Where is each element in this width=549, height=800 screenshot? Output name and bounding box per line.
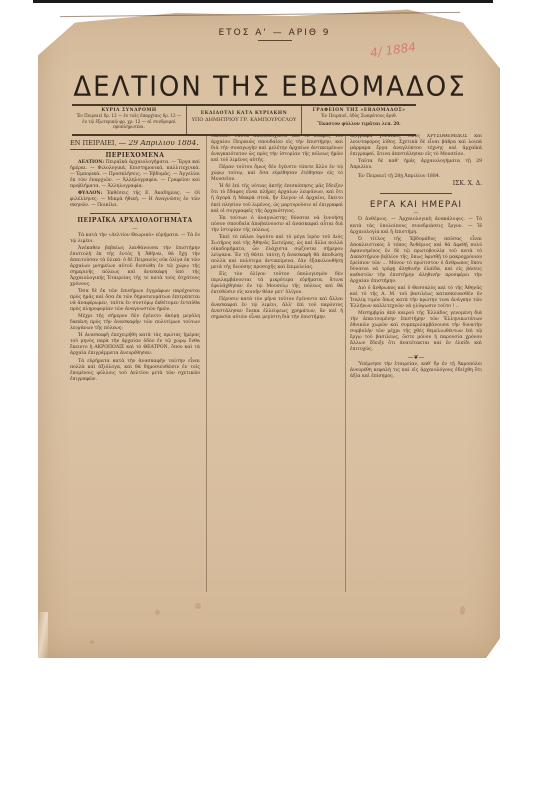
stain (155, 610, 160, 615)
contents-fyllon: ΦΥΛΛΟΝ: Ἐκθέσεις τῆς Ε. Ἀκαδημίας. — Οἱ … (70, 191, 200, 209)
masthead-title: ΔΕΛΤΙΟΝ ΤΗΣ ΕΒΔΟΜΑΔΟΣ (60, 71, 480, 103)
article-title-archaeology: ΠΕΙΡΑΪΚΑ ΑΡΧΑΙΟΛΟΓΗΜΑΤΑ (70, 218, 200, 224)
scan-top-edge (33, 0, 493, 3)
paragraph: Ὅσα δὲ ἐκ τῶν ἐπισήμων ἐγγράφων παρέχοντ… (70, 289, 200, 313)
paragraph: Πέραν τούτου ὅμως δὲν ἐγένετο τίποτε ἄλλ… (211, 165, 343, 183)
subscription-text: Ἐν Πειραιεῖ δρ. 12 — ἐν ταῖς ἐπαρχίαις δ… (76, 113, 182, 129)
publisher-name: ΥΠΟ ΔΗΜΗΤΡΙΟΥ ΓΡ. ΚΑΜΠΟΥΡΟΓΛΟΥ (191, 118, 297, 123)
paragraph: Τὰ εὑρήματα κατὰ τὴν ἀνασκαφὴν ταύτην εἶ… (70, 359, 200, 383)
title-dash: — (350, 210, 482, 216)
paragraph: Ὁ τίτλος τῆς Ἑβδομάδος παῦσας εἶναι ἀποκ… (350, 237, 482, 285)
paragraph: Μεσημβρία ἀπὸ καιροῦ τῆς Ἑλλάδος γενομέν… (350, 311, 482, 353)
contents-deltion: ΔΕΛΤΙΟΝ: Πειραϊκὰ ἀρχαιολογήματα. — Ἔργα… (70, 160, 200, 190)
paragraph: Ἀνέκαθεν βεβαίως λανθάνουσα τὴν ἐπιστήμη… (70, 246, 200, 288)
publisher-heading: ΕΚΔΙΔΟΤΑΙ ΚΑΤΑ ΚΥΡΙΑΚΗΝ (191, 111, 297, 116)
paragraph: ἀξίγραφα γυναικὸς τινος ΧΡΥΣΟΘΕΜΙΔΟΣ καὶ… (350, 134, 482, 158)
column-3: ἀξίγραφα γυναικὸς τινος ΧΡΥΣΟΘΕΜΙΔΟΣ καὶ… (345, 134, 482, 592)
column-2: σκευῶν. Ταῦτα ἀποδεδείχασιν καὶ τὸ ἔδαφο… (206, 134, 343, 592)
office-box: ΓΡΑΦΕΙΟΝ ΤΗΣ «ΕΒΔΟΜΑΔΟΣ» Ἐν Πειραιεῖ, ὁδ… (301, 106, 416, 134)
dateline-place: ΕΝ ΠΕΙΡΑΙΕΙ, (70, 140, 117, 147)
article-lede: Ὁ ἀνθέμιος. — Ἀρχαιολογικὴ ἀνακάλυψις. —… (350, 217, 482, 235)
paragraph: Εἰς τὸν ὁλίγον τοῦτον ὑπολογισμὸν δὲν πε… (211, 272, 343, 296)
stain (90, 640, 94, 644)
paragraph: Ἡ δὲ ἐπὶ τῆς νότιας ἀκτῆς ἐπισκόπησις μᾶ… (211, 184, 343, 214)
paragraph: Ἐκ τούτων ὁ ἀναγνώστης δύναται νὰ ἐννοήσ… (211, 216, 343, 234)
subscription-box: ΚΥΡΙΑ ΣΥΝΔΡΟΜΗ Ἐν Πειραιεῖ δρ. 12 — ἐν τ… (72, 106, 186, 134)
paragraph: Ταῦτα δὲ καθ' ἡμᾶς ἀρχαιολογήματα τῇ 29 … (350, 159, 482, 171)
issue-price: Ἕκαστον φύλλον τιμᾶται λεπ. 20. (306, 121, 412, 126)
title-dash: — (70, 226, 200, 232)
stain (195, 603, 201, 609)
article-title-works-and-days: ΕΡΓΑ ΚΑΙ ΗΜΕΡΑΙ (350, 202, 482, 208)
dateline-date: — 29 Ἀπριλίου 1884. (119, 140, 199, 147)
divider (90, 213, 180, 214)
article-lede: Τὰ κατὰ τὴν «Δελτίον Θεωρικὸ» εὑρήματα. … (70, 233, 200, 245)
dateline: ΕΝ ΠΕΙΡΑΙΕΙ, — 29 Ἀπριλίου 1884. (70, 140, 200, 146)
paragraph: Μέχρι τῆς σήμερον δὲν ἐγένετο ἀκόμη μεγά… (70, 314, 200, 332)
paragraph: Ἐκεῖ τὸ πάλαι ὑψοῦτο καὶ τὸ μέγα ἱερὸν τ… (211, 235, 343, 271)
signoff-initials: ΙΣΚ. Χ. Δ. (350, 181, 482, 187)
contents-title: ΠΕΡΙΕΧΟΜΕΝΑ (70, 153, 200, 159)
office-address: Ἐν Πειραιεῖ, ὁδὸς Σωκράτους ἀριθ. (306, 113, 412, 118)
divider (380, 193, 452, 194)
issue-number: ΕΤΟΣ Α' — ΑΡΙΘ 9 (0, 28, 549, 38)
issue-underline (258, 40, 292, 41)
paragraph: Ὑπέμνησε τὴν ἑταιρείαν, καθ' ἣν ἐν τῇ Ἀκ… (350, 362, 482, 380)
ornament: —❦— (350, 355, 482, 361)
paper-crease (38, 612, 48, 658)
paragraph: Πέρυσιν κατὰ τὸν μῆνα τοῦτον ἐγένοντο κα… (211, 297, 343, 321)
divider (70, 149, 200, 150)
stain (460, 606, 465, 615)
paragraph: σκευῶν. Ταῦτα ἀποδεδείχασιν καὶ τὸ ἔδαφο… (211, 134, 343, 164)
column-1: ΕΝ ΠΕΙΡΑΙΕΙ, — 29 Ἀπριλίου 1884. ΠΕΡΙΕΧΟ… (70, 140, 200, 592)
paragraph: Διὸ ὁ ἄνθρωπος καὶ ὁ Θεσσαλὸς καὶ τὸ τῆς… (350, 286, 482, 310)
publisher-box: ΕΚΔΙΔΟΤΑΙ ΚΑΤΑ ΚΥΡΙΑΚΗΝ ΥΠΟ ΔΗΜΗΤΡΙΟΥ ΓΡ… (186, 106, 301, 134)
paragraph: Ἡ ἀνασκαφὴ ἐπεχειρήθη κατὰ τὰς πρώτας ἡμ… (70, 333, 200, 357)
subscription-header: ΚΥΡΙΑ ΣΥΝΔΡΟΜΗ Ἐν Πειραιεῖ δρ. 12 — ἐν τ… (72, 104, 416, 136)
